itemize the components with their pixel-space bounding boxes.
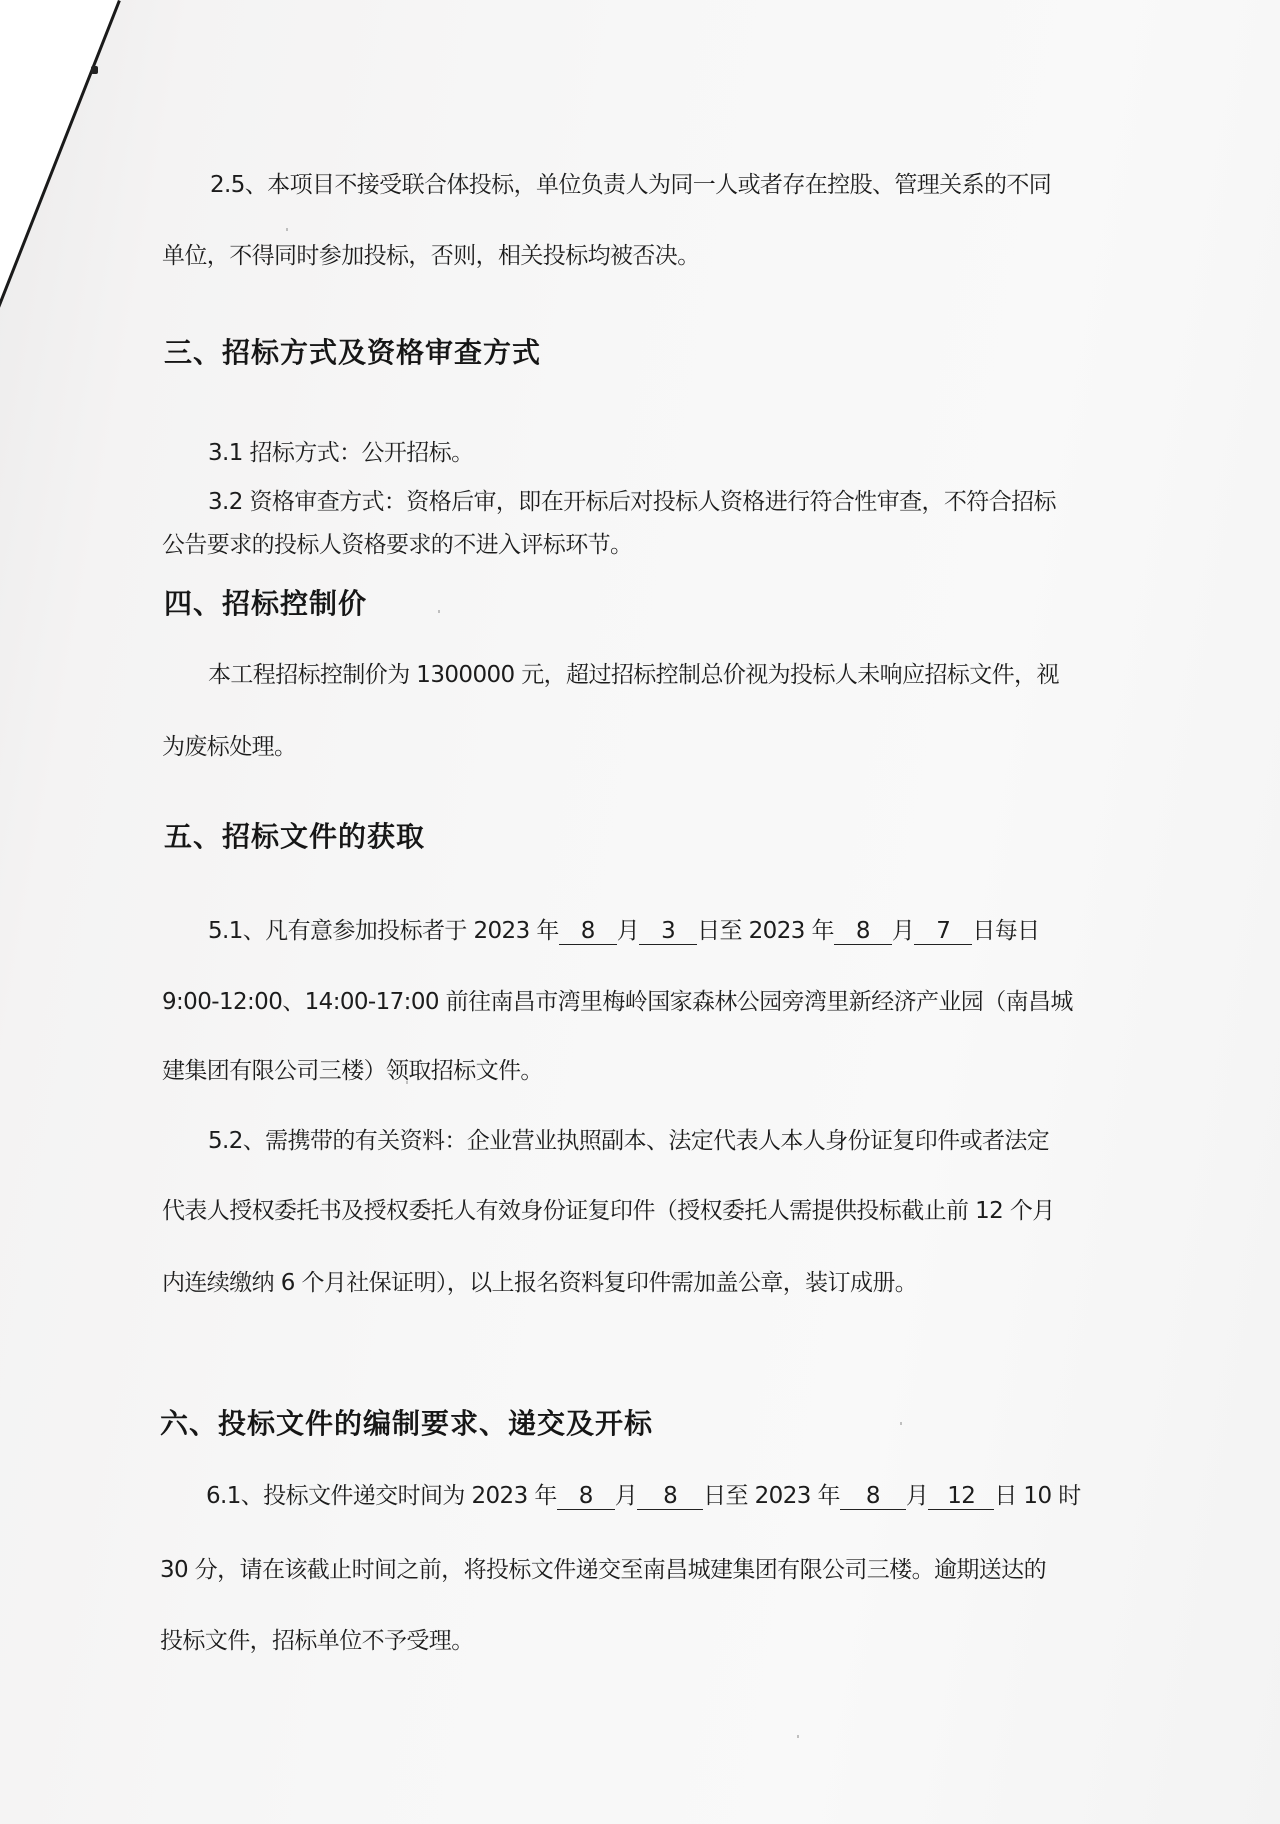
document-body: 2.5、本项目不接受联合体投标，单位负责人为同一人或者存在控股、管理关系的不同 … — [0, 0, 1280, 1824]
para-6-1-suffix: 日 10 时 — [994, 1483, 1080, 1509]
section-4-heading: 四、招标控制价 — [164, 586, 367, 622]
para-5-1-line1: 5.1、凡有意参加投标者于 2023 年8月3日至 2023 年8月7日每日 — [208, 916, 1040, 946]
scan-speck — [406, 1081, 408, 1084]
scan-speck — [797, 1735, 799, 1738]
section-6-heading: 六、投标文件的编制要求、递交及开标 — [160, 1406, 653, 1442]
field-end-month: 8 — [834, 918, 892, 945]
field-start-day: 3 — [639, 918, 697, 945]
para-3-2-line1: 3.2 资格审查方式：资格后审，即在开标后对投标人资格进行符合性审查，不符合招标 — [208, 487, 1056, 517]
field-start-month: 8 — [557, 1483, 615, 1510]
para-5-2-line2: 代表人授权委托书及授权委托人有效身份证复印件（授权委托人需提供投标截止前 12 … — [162, 1196, 1055, 1226]
month-label: 月 — [892, 918, 914, 944]
document-photo: 2.5、本项目不接受联合体投标，单位负责人为同一人或者存在控股、管理关系的不同 … — [0, 0, 1280, 1824]
scan-speck — [900, 1422, 902, 1425]
para-5-1-suffix: 日每日 — [972, 918, 1039, 944]
para-6-1-line3: 投标文件，招标单位不予受理。 — [160, 1626, 474, 1656]
scan-speck — [286, 228, 288, 231]
para-4-line2: 为废标处理。 — [162, 732, 296, 762]
para-3-2-line2: 公告要求的投标人资格要求的不进入评标环节。 — [162, 530, 632, 560]
para-5-2-line1: 5.2、需携带的有关资料：企业营业执照副本、法定代表人本人身份证复印件或者法定 — [208, 1126, 1049, 1156]
month-label: 月 — [615, 1483, 637, 1509]
section-5-heading: 五、招标文件的获取 — [164, 819, 425, 855]
para-4-line1: 本工程招标控制价为 1300000 元，超过招标控制总价视为投标人未响应招标文件… — [208, 660, 1059, 690]
para-3-1: 3.1 招标方式：公开招标。 — [208, 438, 474, 468]
para-5-1-prefix: 5.1、凡有意参加投标者于 2023 年 — [208, 918, 559, 944]
field-end-day: 12 — [928, 1483, 994, 1510]
para-5-1-line3: 建集团有限公司三楼）领取招标文件。 — [162, 1056, 543, 1086]
scan-speck — [438, 610, 440, 613]
section-3-heading: 三、招标方式及资格审查方式 — [164, 335, 541, 371]
para-6-1-mid: 日至 2023 年 — [703, 1483, 840, 1509]
para-5-2-line3: 内连续缴纳 6 个月社保证明），以上报名资料复印件需加盖公章，装订成册。 — [162, 1268, 917, 1298]
field-start-day: 8 — [637, 1483, 703, 1510]
para-6-1-line1: 6.1、投标文件递交时间为 2023 年8月8日至 2023 年8月12日 10… — [206, 1481, 1081, 1511]
month-label: 月 — [617, 918, 639, 944]
para-2-5-line1: 2.5、本项目不接受联合体投标，单位负责人为同一人或者存在控股、管理关系的不同 — [210, 170, 1051, 200]
para-5-1-line2: 9:00-12:00、14:00-17:00 前往南昌市湾里梅岭国家森林公园旁湾… — [162, 987, 1073, 1017]
para-6-1-prefix: 6.1、投标文件递交时间为 2023 年 — [206, 1483, 557, 1509]
field-end-month: 8 — [840, 1483, 906, 1510]
month-label: 月 — [906, 1483, 928, 1509]
para-2-5-line2: 单位，不得同时参加投标，否则，相关投标均被否决。 — [162, 241, 700, 271]
field-start-month: 8 — [559, 918, 617, 945]
field-end-day: 7 — [914, 918, 972, 945]
para-5-1-mid: 日至 2023 年 — [697, 918, 834, 944]
para-6-1-line2: 30 分，请在该截止时间之前，将投标文件递交至南昌城建集团有限公司三楼。逾期送达… — [160, 1555, 1046, 1585]
